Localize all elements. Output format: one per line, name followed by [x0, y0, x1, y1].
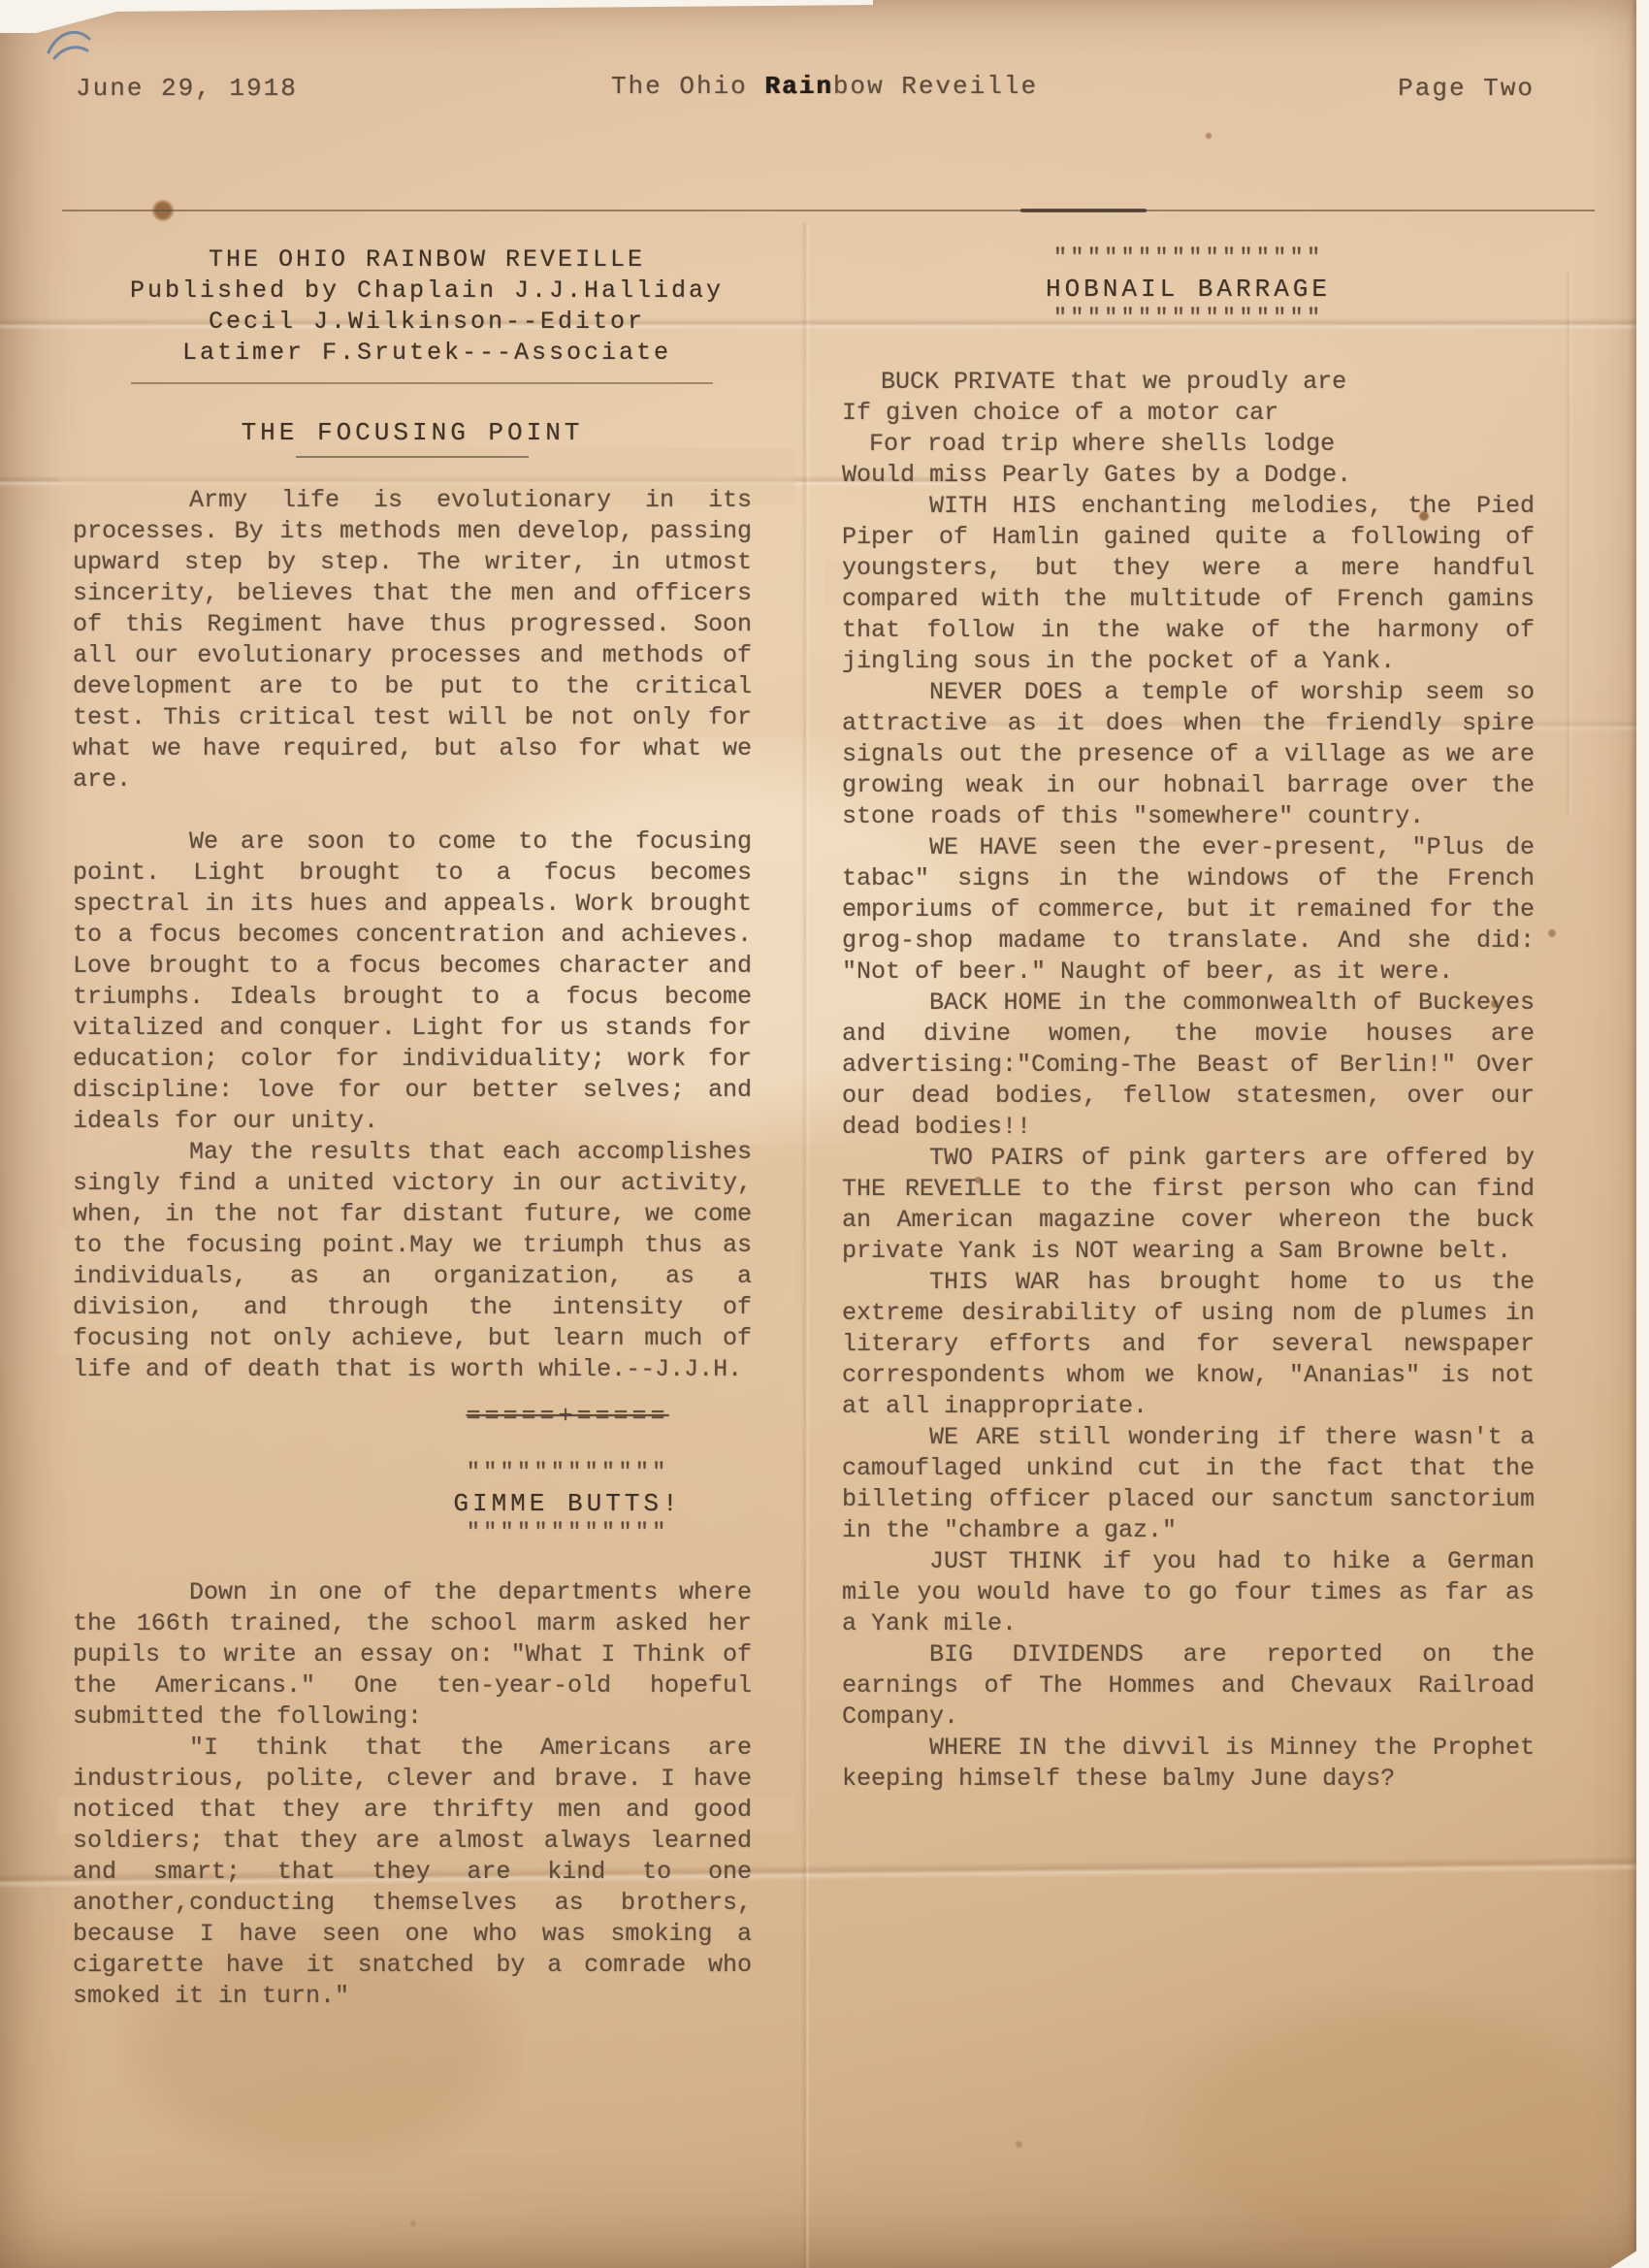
poem-line: BUCK PRIVATE that we proudly are: [842, 367, 1535, 398]
masthead: THE OHIO RAINBOW REVEILLEPublished by Ch…: [73, 233, 752, 369]
article-paragraph: TWO PAIRS of pink garters are offered by…: [842, 1143, 1535, 1267]
page-title-bold-segment: Rain: [764, 72, 832, 101]
article-paragraph: BIG DIVIDENDS are reported on the earnin…: [842, 1639, 1535, 1733]
focusing-point-title-underline: [296, 456, 529, 458]
ornament-row: """""""""""""""": [842, 305, 1535, 334]
article-gimme-butts-header: """""""""""" GIMME BUTTS! """""""""""": [228, 1459, 907, 1548]
article-paragraph: We are soon to come to the focusing poin…: [73, 826, 752, 1137]
masthead-line: Published by Chaplain J.J.Halliday: [73, 275, 752, 307]
hobnail-poem: BUCK PRIVATE that we proudly areIf given…: [842, 367, 1535, 491]
masthead-rule: [131, 382, 713, 384]
page-title-post: bow Reveille: [833, 72, 1038, 101]
gimme-butts-paragraphs: Down in one of the departments where the…: [73, 1577, 752, 2012]
scanned-newspaper-page: { "header": { "date": "June 29, 1918", "…: [0, 0, 1649, 2268]
page-title-pre: The Ohio: [611, 72, 764, 101]
left-column: THE OHIO RAINBOW REVEILLEPublished by Ch…: [73, 233, 752, 2012]
article-paragraph: WHERE IN the divvil is Minney the Prophe…: [842, 1733, 1535, 1795]
header-rule: [62, 210, 1595, 211]
ornament-row: """""""""""": [228, 1459, 907, 1488]
article-paragraph: Army life is evolutionary in its process…: [73, 485, 752, 795]
ornament-row: """""""""""""""": [842, 244, 1535, 274]
article-paragraph: BACK HOME in the commonwealth of Buckeye…: [842, 988, 1535, 1143]
article-paragraph: "I think that the Americans are industri…: [73, 1733, 752, 2012]
masthead-line: THE OHIO RAINBOW REVEILLE: [73, 244, 752, 275]
article-paragraph: May the results that each accomplishes s…: [73, 1137, 752, 1385]
masthead-line: Latimer F.Srutek---Associate: [73, 338, 752, 369]
article-paragraph: NEVER DOES a temple of worship seem so a…: [842, 677, 1535, 832]
article-paragraph: WITH HIS enchanting melodies, the Pied P…: [842, 491, 1535, 677]
page-number-label: Page Two: [1398, 74, 1535, 103]
article-paragraph: WE HAVE seen the ever-present, "Plus de …: [842, 832, 1535, 988]
poem-line: Would miss Pearly Gates by a Dodge.: [842, 460, 1535, 491]
article-title-focusing-point: THE FOCUSING POINT: [73, 417, 752, 448]
poem-line: If given choice of a motor car: [842, 398, 1535, 429]
article-paragraph: Down in one of the departments where the…: [73, 1577, 752, 1733]
article-hobnail-barrage-header: """""""""""""""" HOBNAIL BARRAGE """""""…: [842, 233, 1535, 334]
focusing-point-paragraphs: Army life is evolutionary in its process…: [73, 485, 752, 1385]
header-rule-overstrike: [1020, 209, 1147, 212]
article-paragraph: JUST THINK if you had to hike a German m…: [842, 1546, 1535, 1639]
article-paragraph: WE ARE still wondering if there wasn't a…: [842, 1422, 1535, 1546]
poem-line: For road trip where shells lodge: [842, 429, 1535, 460]
section-divider: =====+=====: [228, 1401, 907, 1432]
article-paragraph: THIS WAR has brought home to us the extr…: [842, 1267, 1535, 1422]
hobnail-paragraphs: WITH HIS enchanting melodies, the Pied P…: [842, 491, 1535, 1795]
right-column: """""""""""""""" HOBNAIL BARRAGE """""""…: [842, 233, 1535, 1795]
article-title-hobnail-barrage: HOBNAIL BARRAGE: [842, 274, 1535, 305]
article-title-gimme-butts: GIMME BUTTS!: [228, 1488, 907, 1519]
ornament-row: """""""""""": [228, 1519, 907, 1548]
masthead-line: Cecil J.Wilkinson--Editor: [73, 307, 752, 338]
scanner-edge-right: [1636, 0, 1649, 2268]
pen-mark: [45, 19, 103, 66]
